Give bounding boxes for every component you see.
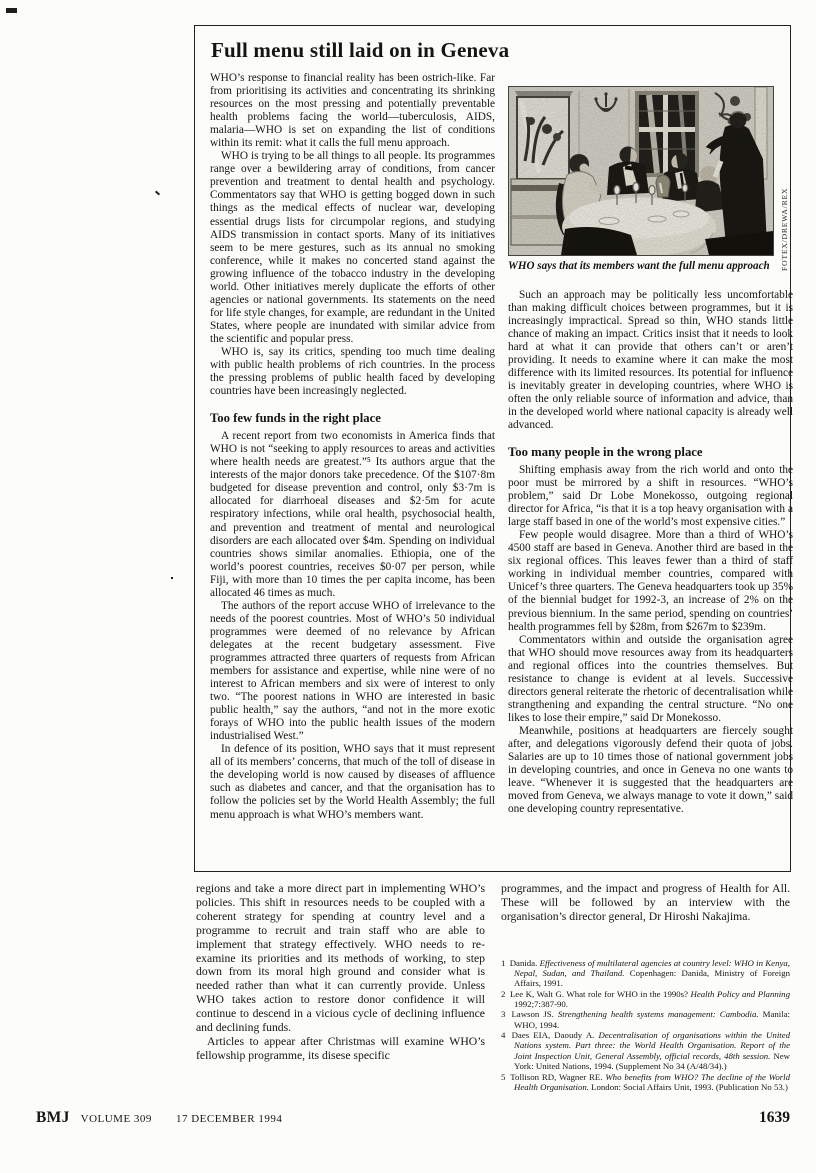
reference-item: 5 Tollison RD, Wagner RE. Who benefits f… xyxy=(501,1072,790,1093)
continuation-left-column: regions and take a more direct part in i… xyxy=(196,882,485,1092)
article-columns: WHO’s response to financial reality has … xyxy=(210,72,775,822)
people-paragraphs: Shifting emphasis away from the rich wor… xyxy=(508,464,793,816)
photo-credit: FOTEX/DREWA/REX xyxy=(780,187,789,270)
paragraph: WHO is trying to be all things to all pe… xyxy=(210,150,495,346)
photo-illustration xyxy=(508,86,774,256)
right-paragraphs: Such an approach may be politically less… xyxy=(508,289,793,433)
continuation-right-paragraphs: programmes, and the impact and progress … xyxy=(501,882,790,924)
reference-item: 1 Danida. Effectiveness of multilateral … xyxy=(501,958,790,989)
page-footer: BMJ VOLUME 309 17 DECEMBER 1994 1639 xyxy=(36,1109,790,1127)
paragraph: The authors of the report accuse WHO of … xyxy=(210,600,495,744)
photo-dining-scene: FOTEX/DREWA/REX WHO says that its member… xyxy=(508,86,772,273)
intro-paragraphs: WHO’s response to financial reality has … xyxy=(210,72,495,398)
paragraph: A recent report from two economists in A… xyxy=(210,430,495,600)
paragraph: WHO’s response to financial reality has … xyxy=(210,72,495,150)
reference-list: 1 Danida. Effectiveness of multilateral … xyxy=(501,958,790,1092)
article-left-column: WHO’s response to financial reality has … xyxy=(210,72,495,822)
paragraph: Shifting emphasis away from the rich wor… xyxy=(508,464,793,529)
issue-date: 17 DECEMBER 1994 xyxy=(176,1113,282,1125)
continuation-right-column: programmes, and the impact and progress … xyxy=(501,882,790,1092)
paragraph: Such an approach may be politically less… xyxy=(508,289,793,433)
funds-paragraphs: A recent report from two economists in A… xyxy=(210,430,495,821)
section-heading-people: Too many people in the wrong place xyxy=(508,445,793,460)
paragraph: Commentators within and outside the orga… xyxy=(508,634,793,725)
paragraph: Few people would disagree. More than a t… xyxy=(508,529,793,633)
reference-item: 3 Lawson JS. Strengthening health system… xyxy=(501,1009,790,1030)
paragraph: WHO is, say its critics, spending too mu… xyxy=(210,346,495,398)
article-right-column: FOTEX/DREWA/REX WHO says that its member… xyxy=(508,72,793,822)
journal-page: Full menu still laid on in Geneva WHO’s … xyxy=(0,0,816,1173)
article-box: Full menu still laid on in Geneva WHO’s … xyxy=(194,25,791,872)
volume-label: VOLUME 309 xyxy=(81,1113,152,1125)
paragraph: programmes, and the impact and progress … xyxy=(501,882,790,924)
journal-name: BMJ xyxy=(36,1109,70,1127)
paragraph: Articles to appear after Christmas will … xyxy=(196,1035,485,1063)
scan-artifact xyxy=(171,577,173,579)
paragraph: Meanwhile, positions at headquarters are… xyxy=(508,725,793,816)
paragraph: In defence of its position, WHO says tha… xyxy=(210,743,495,821)
scan-artifact xyxy=(155,191,160,196)
paragraph: regions and take a more direct part in i… xyxy=(196,882,485,1035)
reference-item: 2 Lee K, Walt G. What role for WHO in th… xyxy=(501,989,790,1010)
scan-artifact xyxy=(6,8,17,13)
article-title: Full menu still laid on in Geneva xyxy=(211,38,774,63)
continuation-section: regions and take a more direct part in i… xyxy=(196,882,790,1092)
section-heading-funds: Too few funds in the right place xyxy=(210,411,495,426)
reference-item: 4 Daes EIA, Daoudy A. Decentralisation o… xyxy=(501,1030,790,1071)
photo-caption: WHO says that its members want the full … xyxy=(508,260,772,273)
page-number: 1639 xyxy=(759,1109,790,1127)
